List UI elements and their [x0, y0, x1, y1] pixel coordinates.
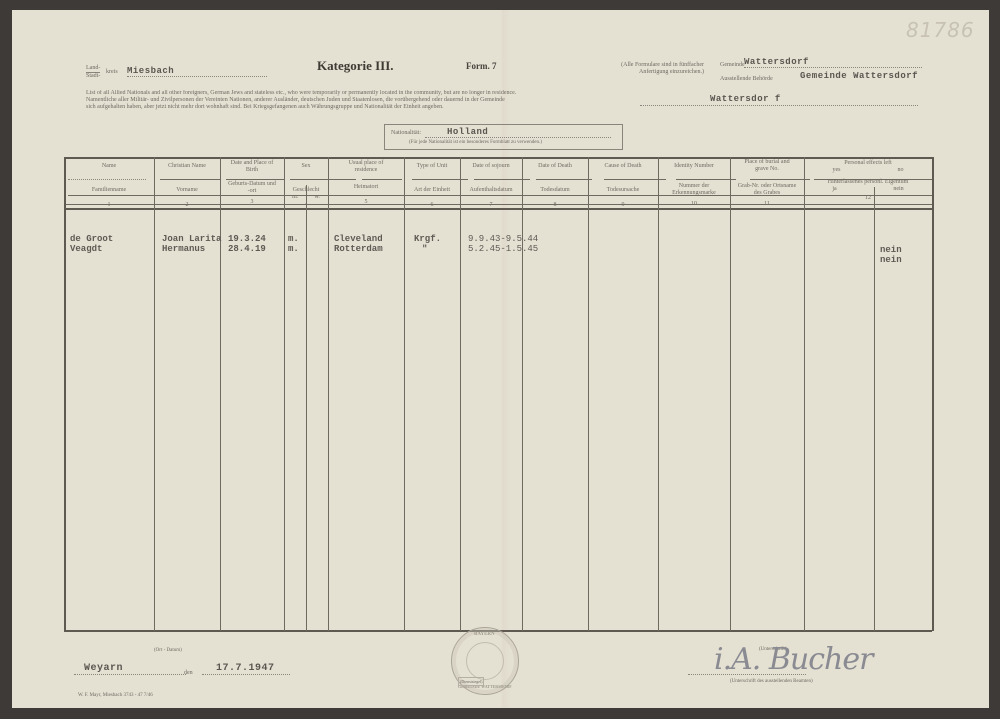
cell-sex: m.	[288, 245, 299, 254]
gemeinde-value: Wattersdorf	[744, 57, 922, 68]
place-value: Weyarn	[74, 663, 186, 675]
authority-value: Gemeinde Wattersdorf	[800, 71, 918, 81]
cell-unit: "	[422, 245, 427, 254]
place-caption: (Ort - Datum)	[154, 647, 182, 654]
cell-sojourn: 5.2.45-1.5.45	[468, 245, 538, 254]
cell-residence: Cleveland	[334, 235, 383, 244]
cell-residence: Rotterdam	[334, 245, 383, 254]
signature: i.A. Bucher	[714, 642, 872, 677]
cell-birth: 28.4.19	[228, 245, 266, 254]
nationality-box: Nationalität: Holland (Für jede National…	[384, 124, 623, 150]
authority-label: Ausstellende Behörde	[720, 76, 773, 83]
coat-of-arms-icon	[466, 642, 504, 680]
landkreis-label: Land- Stadt-	[86, 65, 100, 80]
col-header-birth: Date and Place of Birth Geburts-Datum un…	[220, 160, 284, 206]
stamp-top-text: BAYERN	[474, 632, 495, 637]
nationality-note: (Für jede Nationalität ist ein besondere…	[409, 139, 542, 146]
cell-surname: Veagdt	[70, 245, 102, 254]
nationality-label: Nationalität:	[391, 130, 421, 137]
col-header-residence: Usual place of residence Heimatort 5	[328, 160, 404, 206]
cell-unit: Krgf.	[414, 235, 441, 244]
col-header-christian-name: Christian Name Vorname 2	[154, 163, 220, 209]
foreigners-table: Name Familienname 1 Christian Name Vorna…	[64, 157, 932, 631]
archive-number: 81786	[906, 18, 975, 42]
col-header-sojourn: Date of sojourn Aufenthaltsdatum 7	[460, 163, 522, 209]
category-title: Kategorie III.	[317, 58, 394, 74]
date-value: 17.7.1947	[202, 663, 290, 675]
col-header-name: Name Familienname 1	[64, 163, 154, 209]
col-header-identity: Identity Number Nummer der Erkennungsmar…	[658, 163, 730, 208]
cell-first-name: Hermanus	[162, 245, 205, 254]
col-header-sex: Sex Geschlecht m. w. 4	[284, 163, 328, 209]
community-value: Wattersdor f	[710, 94, 781, 104]
form-number: Form. 7	[466, 61, 497, 71]
den-label: den	[184, 670, 193, 677]
intro-text: List of all Allied Nationals and all oth…	[86, 90, 706, 111]
nationality-value: Holland	[425, 127, 611, 138]
col-header-death-cause: Cause of Death Todesursache 9	[588, 163, 658, 209]
landkreis-suffix: kreis	[106, 69, 118, 76]
cell-birth: 19.3.24	[228, 235, 266, 244]
seal-caption: (Dienstsiegel)	[458, 677, 484, 686]
cell-effects: nein	[880, 246, 902, 255]
col-header-death-date: Date of Death Todesdatum 8	[522, 163, 588, 209]
col-header-burial: Place of burial and grave No. Grab-Nr. o…	[730, 159, 804, 208]
cell-surname: de Groot	[70, 235, 113, 244]
col-header-effects: Personal effects left yes no Hinterlasse…	[804, 160, 932, 202]
copies-note: (Alle Formulare sind in fünffacher Anfer…	[584, 62, 704, 76]
cell-first-name: Joan Larita	[162, 235, 221, 244]
cell-effects: nein	[880, 256, 902, 265]
signature-line	[688, 674, 806, 675]
cell-sojourn: 9.9.43-9.5.44	[468, 235, 538, 244]
printer-note: W. F. Mayr, Miesbach 3743 - 47 7/46	[78, 692, 153, 699]
cell-sex: m.	[288, 235, 299, 244]
landkreis-value: Miesbach	[127, 66, 267, 77]
signature-caption-bottom: (Unterschrift des ausstellenden Beamten)	[730, 678, 813, 685]
document-page: 81786 Land- Stadt- kreis Miesbach Katego…	[12, 10, 989, 708]
col-header-unit: Type of Unit Art der Einheit 6	[404, 163, 460, 209]
gemeinde-label: Gemeinde	[720, 62, 745, 69]
community-line	[640, 105, 918, 106]
